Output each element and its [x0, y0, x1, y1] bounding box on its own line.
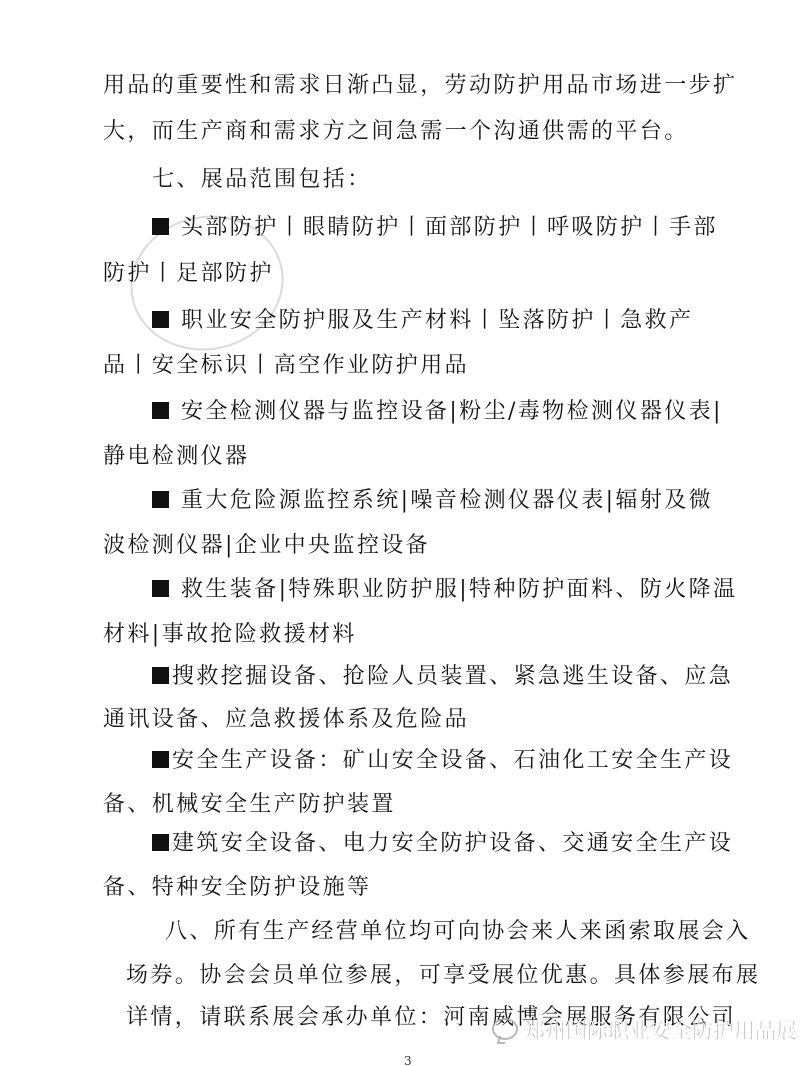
- square-bullet-icon: [152, 834, 169, 851]
- page-number: 3: [404, 1054, 412, 1066]
- exhibit-item-continuation: 通讯设备、应急救援体系及危险品: [103, 706, 469, 734]
- exhibit-item: 重大危险源监控系统|噪音检测仪器仪表|辐射及微: [152, 487, 713, 515]
- square-bullet-icon: [152, 491, 169, 508]
- exhibit-item-text: 搜救挖掘设备、抢险人员装置、紧急逃生设备、应急: [172, 664, 733, 689]
- exhibit-item-continuation: 品丨安全标识丨高空作业防护用品: [103, 352, 469, 380]
- section-eight-line: 八、所有生产经营单位均可向协会来人来函索取展会入: [165, 918, 751, 946]
- section-heading-exhibit-scope: 七、展品范围包括：: [152, 166, 372, 194]
- exhibit-item-continuation: 防护丨足部防护: [103, 260, 274, 288]
- exhibit-item-text: 救生装备|特殊职业防护服|特种防护面料、防火降温: [181, 577, 737, 602]
- exhibit-item-continuation: 备、机械安全生产防护装置: [103, 791, 396, 819]
- document-page: 用品的重要性和需求日渐凸显，劳动防护用品市场进一步扩 大，而生产商和需求方之间急…: [0, 0, 800, 1066]
- exhibit-item-text: 安全生产设备：矿山安全设备、石油化工安全生产设: [172, 748, 733, 773]
- paragraph-line: 大，而生产商和需求方之间急需一个沟通供需的平台。: [103, 118, 689, 146]
- square-bullet-icon: [152, 580, 169, 597]
- square-bullet-icon: [152, 751, 169, 768]
- exhibit-item: 安全检测仪器与监控设备|粉尘/毒物检测仪器仪表|: [152, 398, 723, 426]
- section-eight-line: 场券。协会会员单位参展，可享受展位优惠。具体参展布展: [126, 962, 760, 990]
- wechat-watermark: 郑州国际职业安全防护用品展: [492, 1015, 797, 1045]
- paragraph-line: 用品的重要性和需求日渐凸显，劳动防护用品市场进一步扩: [103, 72, 737, 100]
- exhibit-item-text: 建筑安全设备、电力安全防护设备、交通安全生产设: [172, 831, 733, 856]
- watermark-text: 郑州国际职业安全防护用品展: [524, 1019, 797, 1043]
- exhibit-item-continuation: 静电检测仪器: [103, 443, 249, 471]
- square-bullet-icon: [152, 218, 169, 235]
- exhibit-item: 建筑安全设备、电力安全防护设备、交通安全生产设: [152, 830, 733, 858]
- wechat-icon: [492, 1018, 518, 1040]
- square-bullet-icon: [152, 311, 169, 328]
- exhibit-item-continuation: 备、特种安全防护设施等: [103, 874, 371, 902]
- exhibit-item-continuation: 波检测仪器|企业中央监控设备: [103, 532, 430, 560]
- exhibit-item-text: 职业安全防护服及生产材料丨坠落防护丨急救产: [181, 308, 693, 333]
- exhibit-item-text: 重大危险源监控系统|噪音检测仪器仪表|辐射及微: [181, 488, 713, 513]
- exhibit-item-text: 安全检测仪器与监控设备|粉尘/毒物检测仪器仪表|: [181, 399, 723, 424]
- exhibit-item: 救生装备|特殊职业防护服|特种防护面料、防火降温: [152, 576, 737, 604]
- exhibit-item-text: 头部防护丨眼睛防护丨面部防护丨呼吸防护丨手部: [181, 215, 718, 240]
- square-bullet-icon: [152, 402, 169, 419]
- square-bullet-icon: [152, 667, 169, 684]
- exhibit-item: 头部防护丨眼睛防护丨面部防护丨呼吸防护丨手部: [152, 214, 718, 242]
- exhibit-item-continuation: 材料|事故抢险救援材料: [103, 621, 357, 649]
- exhibit-item: 搜救挖掘设备、抢险人员装置、紧急逃生设备、应急: [152, 663, 733, 691]
- exhibit-item: 安全生产设备：矿山安全设备、石油化工安全生产设: [152, 747, 733, 775]
- exhibit-item: 职业安全防护服及生产材料丨坠落防护丨急救产: [152, 307, 693, 335]
